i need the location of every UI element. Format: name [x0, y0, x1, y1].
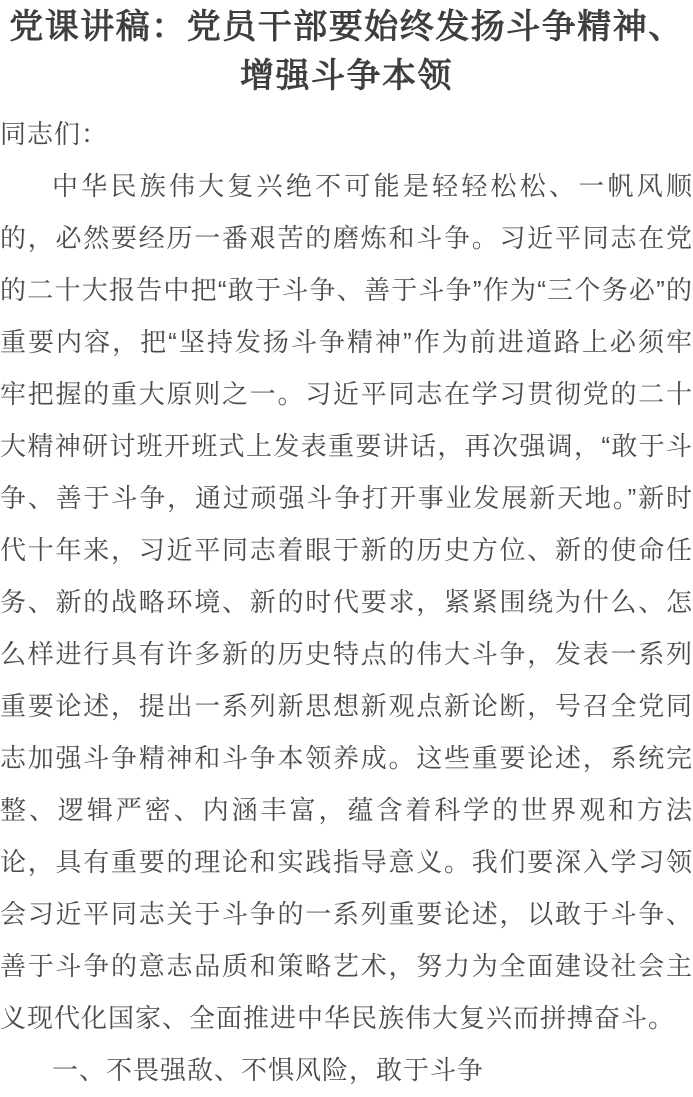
article-title: 党课讲稿：党员干部要始终发扬斗争精神、增强斗争本领 — [0, 3, 693, 101]
article-page: 党课讲稿：党员干部要始终发扬斗争精神、增强斗争本领 同志们： 中华民族伟大复兴绝… — [0, 0, 693, 1097]
article-paragraph: 中华民族伟大复兴绝不可能是轻轻松松、一帆风顺的，必然要经历一番艰苦的磨炼和斗争。… — [0, 160, 693, 1044]
section-heading: 一、不畏强敌、不惧风险，敢于斗争 — [0, 1044, 693, 1096]
salutation: 同志们： — [0, 108, 693, 160]
